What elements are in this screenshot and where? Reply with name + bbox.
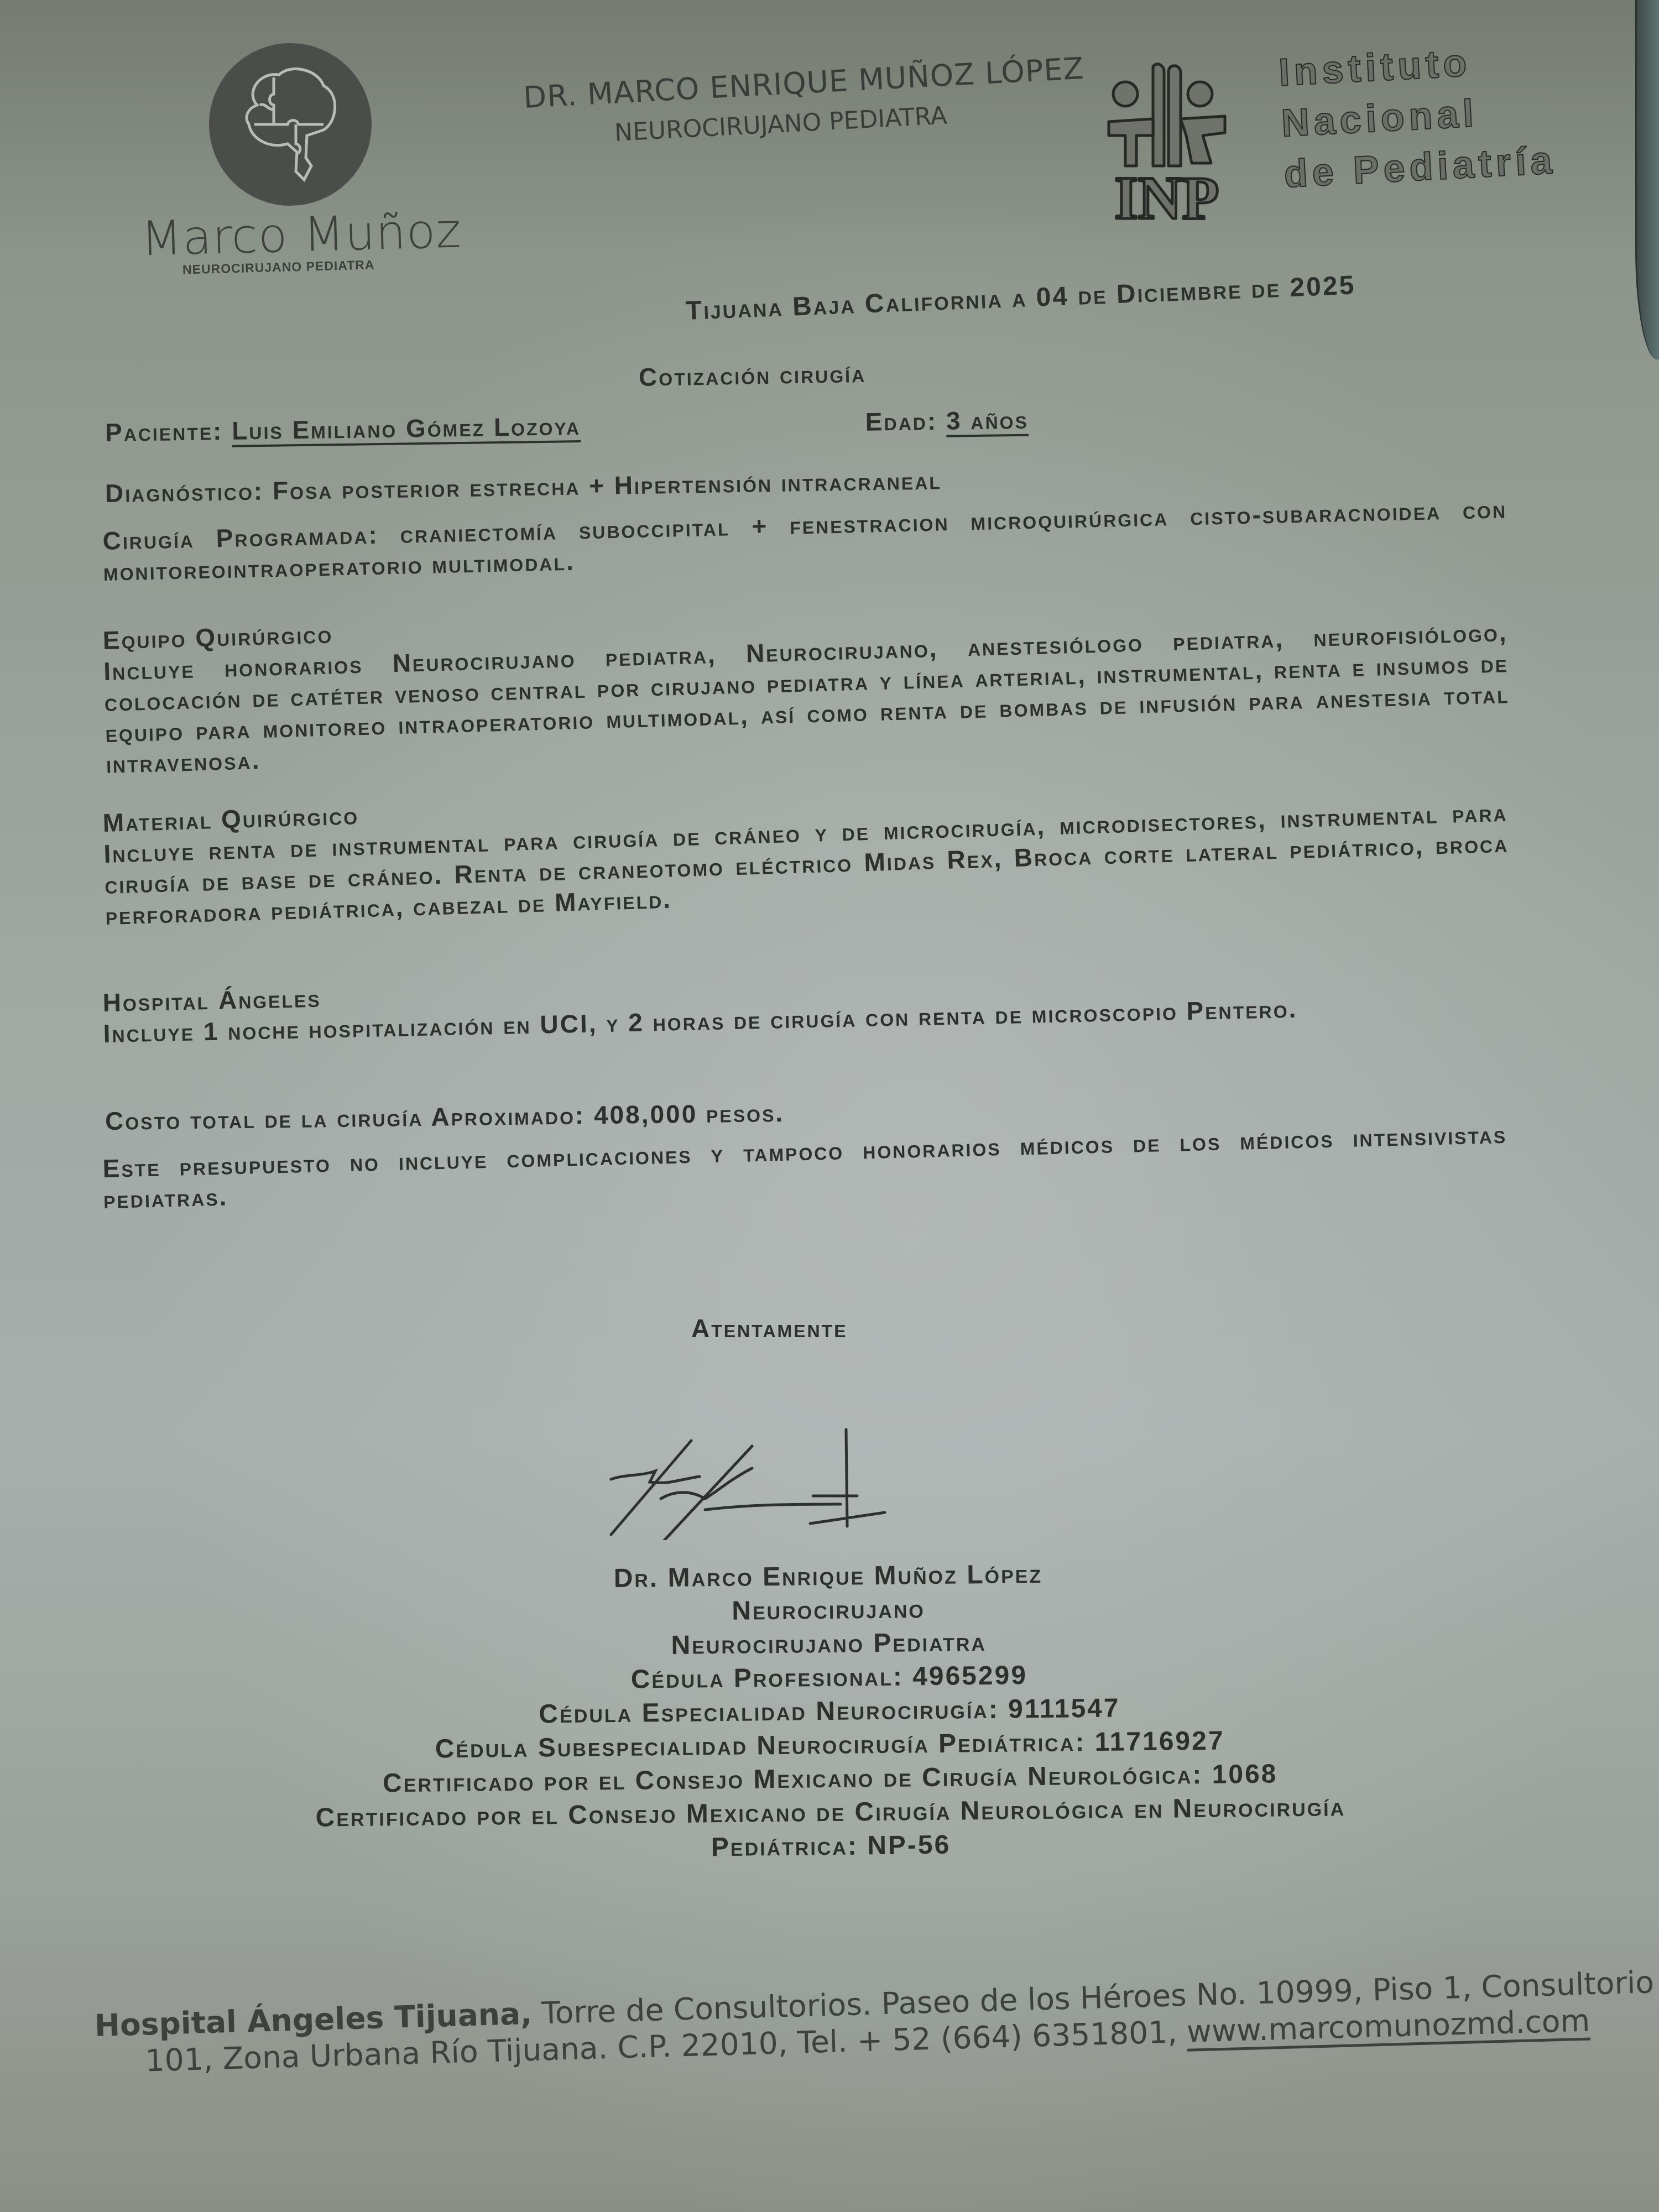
diagnosis-label: Diagnóstico: <box>105 476 264 508</box>
document-title: Cotización cirugía <box>639 358 867 392</box>
closing: Atentamente <box>691 1313 848 1343</box>
background-edge <box>1635 0 1659 359</box>
logo-name: Marco Muñoz <box>140 203 462 267</box>
age-value: 3 años <box>946 405 1029 435</box>
surgery-label: Cirugía Programada: <box>102 520 379 555</box>
brain-puzzle-logo-icon <box>209 43 372 206</box>
signature-icon <box>608 1424 1034 1540</box>
patient-label: Paciente: <box>105 416 223 447</box>
age-label: Edad: <box>865 406 938 436</box>
inp-children-logo-icon: INP <box>1103 58 1230 224</box>
svg-text:INP: INP <box>1114 164 1219 224</box>
signature-block: Dr. Marco Enrique Muñoz López Neurociruj… <box>109 1552 1550 1870</box>
institute-name: Instituto Nacional de Pediatría <box>1277 33 1558 199</box>
